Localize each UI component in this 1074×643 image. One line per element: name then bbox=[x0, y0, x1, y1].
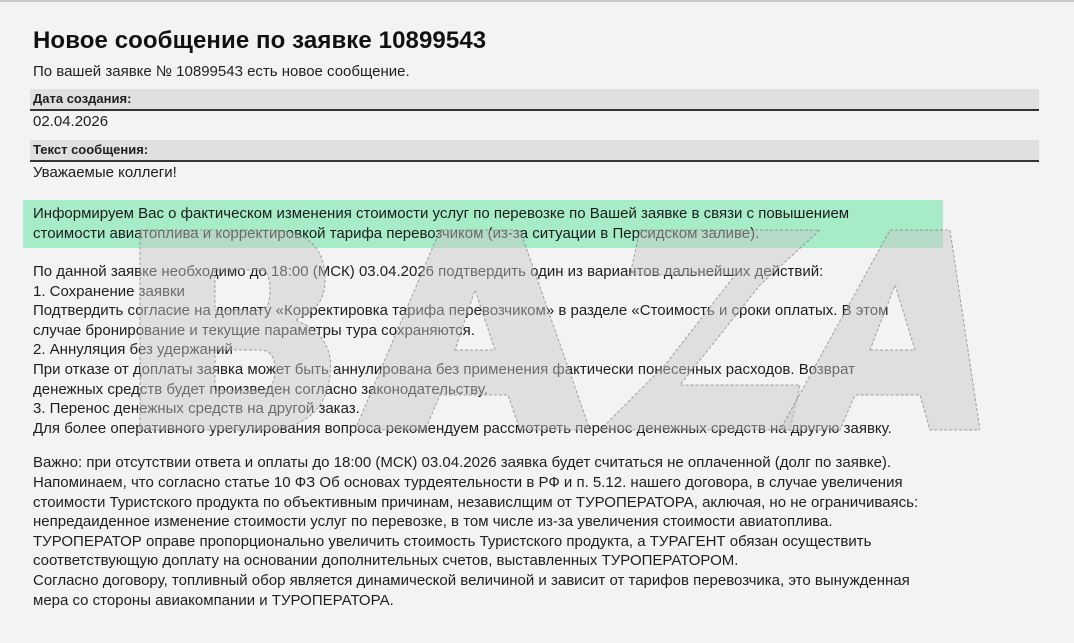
options-line: 1. Сохранение заявки bbox=[33, 282, 1039, 302]
options-line: 2. Аннуляция без удержаний bbox=[33, 340, 1039, 360]
message-title: Новое сообщение по заявке 10899543 bbox=[33, 26, 1039, 56]
important-line: Важно: при отсутствии ответа и оплаты до… bbox=[33, 453, 1039, 473]
message-text-label: Текст сообщения: bbox=[30, 140, 1039, 162]
important-line: ТУРОПЕРАТОР оправе пропорционально увели… bbox=[33, 532, 1039, 552]
important-line: стоимости Туристского продукта по объект… bbox=[33, 493, 1039, 513]
options-line: 3. Перенос денежных средств на другой за… bbox=[33, 399, 1039, 419]
message-card: Новое сообщение по заявке 10899543 По ва… bbox=[33, 26, 1039, 610]
important-line: непредаиденное изменение стоимости услуг… bbox=[33, 512, 1039, 532]
important-line: мера со стороны авиакомпании и ТУРОПЕРАТ… bbox=[33, 591, 1039, 611]
created-date-label: Дата создания: bbox=[30, 89, 1039, 111]
important-line: Напоминаем, что согласно статье 10 ФЗ Об… bbox=[33, 473, 1039, 493]
options-line: Подтвердить согласие на доплату «Коррект… bbox=[33, 301, 1039, 321]
highlight-line: стоимости авиатоплива и корректировкой т… bbox=[33, 224, 933, 244]
options-section: По данной заявке необходимо до 18:00 (МС… bbox=[33, 262, 1039, 438]
created-date-value: 02.04.2026 bbox=[33, 111, 1039, 133]
options-line: При отказе от доплаты заявка может быть … bbox=[33, 360, 1039, 380]
options-line: случае бронирование и текущие параметры … bbox=[33, 321, 1039, 341]
message-subtitle: По вашей заявке № 10899543 есть новое со… bbox=[33, 62, 1039, 82]
greeting: Уважаемые коллеги! bbox=[33, 162, 1039, 184]
highlight-line: Информируем Вас о фактическом изменения … bbox=[33, 204, 933, 224]
options-line: Для более оперативного урегулирования во… bbox=[33, 419, 1039, 439]
highlighted-notice: Информируем Вас о фактическом изменения … bbox=[23, 200, 943, 248]
important-section: Важно: при отсутствии ответа и оплаты до… bbox=[33, 453, 1039, 610]
top-border bbox=[0, 0, 1074, 2]
important-line: Согласно договору, топливный обор являет… bbox=[33, 571, 1039, 591]
important-line: соответствующую доплату на основании доп… bbox=[33, 551, 1039, 571]
options-line: денежных средств будет произведен соглас… bbox=[33, 380, 1039, 400]
options-line: По данной заявке необходимо до 18:00 (МС… bbox=[33, 262, 1039, 282]
